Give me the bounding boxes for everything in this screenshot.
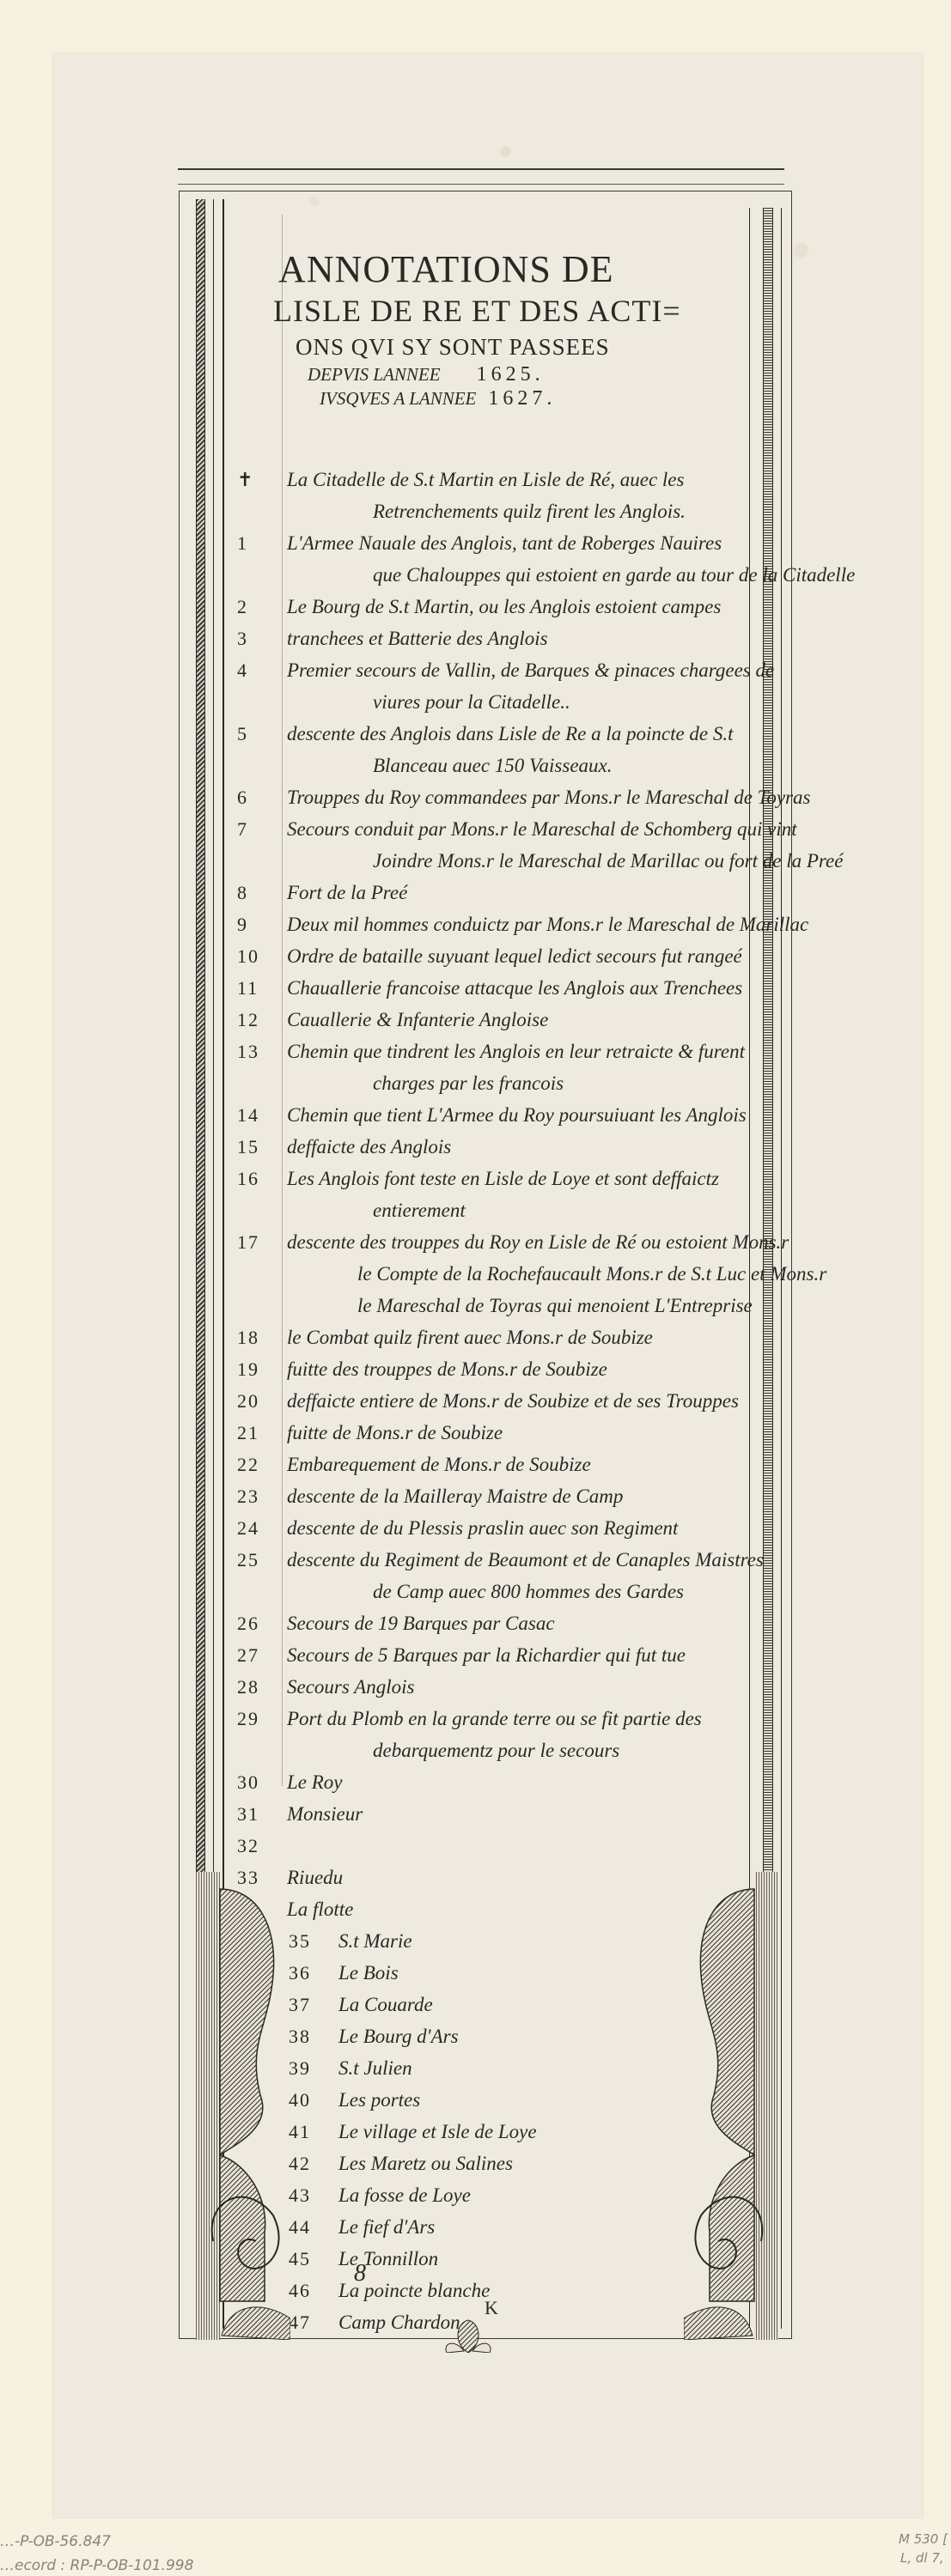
legend-entry: 31Monsieur <box>230 1798 746 1830</box>
legend-text: entierement <box>287 1194 466 1226</box>
legend-key: 4 <box>230 659 287 682</box>
legend-entry-continuation: que Chalouppes qui estoient en garde au … <box>230 559 746 591</box>
legend-key: 14 <box>230 1104 287 1127</box>
pencil-inscription-inventory: …-P-OB-56.847 <box>0 2533 111 2550</box>
legend-entry: 39S.t Julien <box>230 2052 746 2084</box>
legend-text: Cauallerie & Infanterie Angloise <box>287 1004 548 1036</box>
title-line-2: LISLE DE RE ET DES ACTI= <box>258 290 739 331</box>
start-year: 1625. <box>477 363 545 386</box>
legend-key: 13 <box>230 1041 287 1063</box>
legend-text: Trouppes du Roy commandees par Mons.r le… <box>287 781 810 813</box>
legend-entry: 33Riuedu <box>230 1862 746 1893</box>
legend-entry: 34La flotte <box>230 1893 746 1925</box>
plate-number: 8 <box>354 2260 366 2287</box>
left-scroll-ornament <box>196 1872 290 2340</box>
legend-text: Chemin que tient L'Armee du Roy poursuiu… <box>287 1099 747 1131</box>
right-scroll-ornament <box>684 1872 778 2340</box>
legend-entry: 24descente de du Plessis praslin auec so… <box>230 1512 746 1544</box>
legend-entry: 7Secours conduit par Mons.r le Mareschal… <box>230 813 746 845</box>
legend-text: descente de la Mailleray Maistre de Camp <box>287 1480 623 1512</box>
legend-text: Le Roy <box>287 1766 343 1798</box>
legend-text: Les Anglois font teste en Lisle de Loye … <box>287 1163 719 1194</box>
legend-key: 20 <box>230 1390 287 1413</box>
legend-text: Blanceau auec 150 Vaisseaux. <box>287 750 612 781</box>
legend-entry: 6Trouppes du Roy commandees par Mons.r l… <box>230 781 746 813</box>
legend-key: 26 <box>230 1613 287 1635</box>
legend-entry: 16Les Anglois font teste en Lisle de Loy… <box>230 1163 746 1194</box>
legend-text: La fosse de Loye <box>338 2179 471 2211</box>
legend-entry: 36Le Bois <box>230 1957 746 1989</box>
legend-text: Le Bourg de S.t Martin, ou les Anglois e… <box>287 591 721 623</box>
legend-entry: 9Deux mil hommes conduictz par Mons.r le… <box>230 908 746 940</box>
title-line-4: DEPVIS LANNEE1625. <box>258 362 739 386</box>
legend-key: 3 <box>230 628 287 650</box>
legend-key: 12 <box>230 1009 287 1031</box>
legend-entry: 28Secours Anglois <box>230 1671 746 1703</box>
legend-entry: 17descente des trouppes du Roy en Lisle … <box>230 1226 746 1258</box>
title-block: ANNOTATIONS DE LISLE DE RE ET DES ACTI= … <box>258 249 739 410</box>
legend-text: tranchees et Batterie des Anglois <box>287 623 548 654</box>
legend-list: ✝La Citadelle de S.t Martin en Lisle de … <box>230 464 746 2338</box>
legend-entry: 11Chauallerie francoise attacque les Ang… <box>230 972 746 1004</box>
legend-text: S.t Marie <box>338 1925 412 1957</box>
legend-entry: 27Secours de 5 Barques par la Richardier… <box>230 1639 746 1671</box>
pencil-inscription-right-1: M 530 [ <box>899 2531 948 2547</box>
legend-entry: 23descente de la Mailleray Maistre de Ca… <box>230 1480 746 1512</box>
legend-key: 32 <box>230 1835 287 1857</box>
legend-key: 27 <box>230 1644 287 1667</box>
legend-entry: 3tranchees et Batterie des Anglois <box>230 623 746 654</box>
legend-text: Secours de 5 Barques par la Richardier q… <box>287 1639 686 1671</box>
legend-entry: 5descente des Anglois dans Lisle de Re a… <box>230 718 746 750</box>
legend-text: de Camp auec 800 hommes des Gardes <box>287 1576 684 1607</box>
legend-text: fuitte de Mons.r de Soubize <box>287 1417 503 1449</box>
legend-entry: 14Chemin que tient L'Armee du Roy poursu… <box>230 1099 746 1131</box>
legend-text: Les Maretz ou Salines <box>338 2148 513 2179</box>
legend-key: 22 <box>230 1454 287 1476</box>
legend-text: Secours de 19 Barques par Casac <box>287 1607 555 1639</box>
legend-text: que Chalouppes qui estoient en garde au … <box>287 559 855 591</box>
legend-text: Secours conduit par Mons.r le Mareschal … <box>287 813 797 845</box>
legend-text: le Combat quilz firent auec Mons.r de So… <box>287 1321 653 1353</box>
legend-text: Ordre de bataille suyuant lequel ledict … <box>287 940 742 972</box>
legend-text: Deux mil hommes conduictz par Mons.r le … <box>287 908 808 940</box>
legend-key: 6 <box>230 787 287 809</box>
legend-entry: 25descente du Regiment de Beaumont et de… <box>230 1544 746 1576</box>
legend-text: Le Bourg d'Ars <box>338 2020 459 2052</box>
legend-text: Monsieur <box>287 1798 363 1830</box>
legend-text: Joindre Mons.r le Mareschal de Marillac … <box>287 845 843 877</box>
legend-text: Port du Plomb en la grande terre ou se f… <box>287 1703 702 1735</box>
legend-text <box>287 1830 292 1862</box>
legend-entry: 20deffaicte entiere de Mons.r de Soubize… <box>230 1385 746 1417</box>
legend-entry: 15deffaicte des Anglois <box>230 1131 746 1163</box>
legend-entry-continuation: Joindre Mons.r le Mareschal de Marillac … <box>230 845 746 877</box>
legend-text: S.t Julien <box>338 2052 412 2084</box>
legend-entry: 43La fosse de Loye <box>230 2179 746 2211</box>
legend-text: descente des trouppes du Roy en Lisle de… <box>287 1226 789 1258</box>
legend-entry: 10Ordre de bataille suyuant lequel ledic… <box>230 940 746 972</box>
legend-text: Embarequement de Mons.r de Soubize <box>287 1449 591 1480</box>
legend-text: Secours Anglois <box>287 1671 414 1703</box>
legend-text: Les portes <box>338 2084 420 2116</box>
legend-key: 19 <box>230 1358 287 1381</box>
legend-text: Chemin que tindrent les Anglois en leur … <box>287 1036 745 1067</box>
legend-entry: 40Les portes <box>230 2084 746 2116</box>
legend-key: 18 <box>230 1327 287 1349</box>
legend-text: deffaicte des Anglois <box>287 1131 451 1163</box>
legend-key: 2 <box>230 596 287 618</box>
legend-key: 7 <box>230 818 287 841</box>
end-year: 1627. <box>488 387 556 410</box>
legend-entry-continuation: Blanceau auec 150 Vaisseaux. <box>230 750 746 781</box>
legend-text: descente des Anglois dans Lisle de Re a … <box>287 718 734 750</box>
legend-entry: 19fuitte des trouppes de Mons.r de Soubi… <box>230 1353 746 1385</box>
legend-entry: 4Premier secours de Vallin, de Barques &… <box>230 654 746 686</box>
legend-text: Fort de la Preé <box>287 877 407 908</box>
legend-entry: 45Le Tonnillon <box>230 2243 746 2275</box>
legend-text: Riuedu <box>287 1862 343 1893</box>
legend-entry: 30Le Roy <box>230 1766 746 1798</box>
legend-text: deffaicte entiere de Mons.r de Soubize e… <box>287 1385 739 1417</box>
legend-key: 8 <box>230 882 287 904</box>
legend-text: descente du Regiment de Beaumont et de C… <box>287 1544 764 1576</box>
legend-entry-continuation: le Compte de la Rochefaucault Mons.r de … <box>230 1258 746 1290</box>
legend-key: 1 <box>230 532 287 555</box>
legend-text: Le Bois <box>338 1957 399 1989</box>
legend-text: Le village et Isle de Loye <box>338 2116 537 2148</box>
legend-entry-continuation: debarquementz pour le secours <box>230 1735 746 1766</box>
legend-key: 10 <box>230 945 287 968</box>
legend-text: descente de du Plessis praslin auec son … <box>287 1512 678 1544</box>
legend-text: debarquementz pour le secours <box>287 1735 619 1766</box>
title-line-5-text: IVSQVES A LANNEE <box>320 388 476 409</box>
legend-key: 28 <box>230 1676 287 1698</box>
legend-key: ✝ <box>230 469 287 491</box>
legend-entry: 42Les Maretz ou Salines <box>230 2148 746 2179</box>
pencil-inscription-right-2: L, dl 7, <box>900 2550 944 2566</box>
legend-text: le Mareschal de Toyras qui menoient L'En… <box>287 1290 753 1321</box>
legend-entry: 13Chemin que tindrent les Anglois en leu… <box>230 1036 746 1067</box>
legend-entry: 44Le fief d'Ars <box>230 2211 746 2243</box>
title-line-3: ONS QVI SY SONT PASSEES <box>258 331 739 362</box>
legend-key: 15 <box>230 1136 287 1158</box>
legend-key: 17 <box>230 1231 287 1254</box>
legend-entry-continuation: viures pour la Citadelle.. <box>230 686 746 718</box>
title-line-1: ANNOTATIONS DE <box>258 249 739 290</box>
legend-entry: 21fuitte de Mons.r de Soubize <box>230 1417 746 1449</box>
legend-text: viures pour la Citadelle.. <box>287 686 570 718</box>
title-line-5: IVSQVES A LANNEE1627. <box>258 386 739 410</box>
title-line-4-text: DEPVIS LANNEE <box>308 364 441 385</box>
legend-text: La Couarde <box>338 1989 433 2020</box>
legend-entry: 2Le Bourg de S.t Martin, ou les Anglois … <box>230 591 746 623</box>
legend-key: 5 <box>230 723 287 745</box>
legend-entry: 26Secours de 19 Barques par Casac <box>230 1607 746 1639</box>
legend-entry: ✝La Citadelle de S.t Martin en Lisle de … <box>230 464 746 495</box>
legend-text: La Citadelle de S.t Martin en Lisle de R… <box>287 464 684 495</box>
legend-entry-continuation: de Camp auec 800 hommes des Gardes <box>230 1576 746 1607</box>
legend-entry: 35S.t Marie <box>230 1925 746 1957</box>
legend-key: 21 <box>230 1422 287 1444</box>
legend-entry: 12Cauallerie & Infanterie Angloise <box>230 1004 746 1036</box>
legend-entry: 41Le village et Isle de Loye <box>230 2116 746 2148</box>
legend-key: 25 <box>230 1549 287 1571</box>
legend-entry: 29Port du Plomb en la grande terre ou se… <box>230 1703 746 1735</box>
legend-text: Chauallerie francoise attacque les Anglo… <box>287 972 742 1004</box>
legend-key: 29 <box>230 1708 287 1730</box>
legend-text: La flotte <box>287 1893 353 1925</box>
plate-letter: K <box>485 2297 498 2319</box>
pencil-inscription-record: …ecord : RP-P-OB-101.998 <box>0 2557 193 2574</box>
legend-entry: 18le Combat quilz firent auec Mons.r de … <box>230 1321 746 1353</box>
legend-entry: 32 <box>230 1830 746 1862</box>
legend-text: Le fief d'Ars <box>338 2211 435 2243</box>
legend-key: 11 <box>230 977 287 999</box>
legend-key: 23 <box>230 1485 287 1508</box>
legend-text: le Compte de la Rochefaucault Mons.r de … <box>287 1258 826 1290</box>
center-leaf-ornament <box>438 2318 498 2353</box>
legend-entry: 1L'Armee Nauale des Anglois, tant de Rob… <box>230 527 746 559</box>
legend-entry-continuation: Retrenchements quilz firent les Anglois. <box>230 495 746 527</box>
legend-key: 31 <box>230 1803 287 1826</box>
legend-entry-continuation: entierement <box>230 1194 746 1226</box>
legend-entry-continuation: charges par les francois <box>230 1067 746 1099</box>
legend-text: Retrenchements quilz firent les Anglois. <box>287 495 686 527</box>
legend-text: Premier secours de Vallin, de Barques & … <box>287 654 774 686</box>
legend-entry: 8Fort de la Preé <box>230 877 746 908</box>
legend-text: fuitte des trouppes de Mons.r de Soubize <box>287 1353 607 1385</box>
legend-entry-continuation: le Mareschal de Toyras qui menoient L'En… <box>230 1290 746 1321</box>
legend-entry: 38Le Bourg d'Ars <box>230 2020 746 2052</box>
legend-entry: 37La Couarde <box>230 1989 746 2020</box>
legend-text: L'Armee Nauale des Anglois, tant de Robe… <box>287 527 722 559</box>
legend-key: 9 <box>230 914 287 936</box>
legend-key: 24 <box>230 1517 287 1540</box>
legend-text: charges par les francois <box>287 1067 564 1099</box>
legend-entry: 22Embarequement de Mons.r de Soubize <box>230 1449 746 1480</box>
legend-key: 16 <box>230 1168 287 1190</box>
legend-key: 30 <box>230 1771 287 1794</box>
